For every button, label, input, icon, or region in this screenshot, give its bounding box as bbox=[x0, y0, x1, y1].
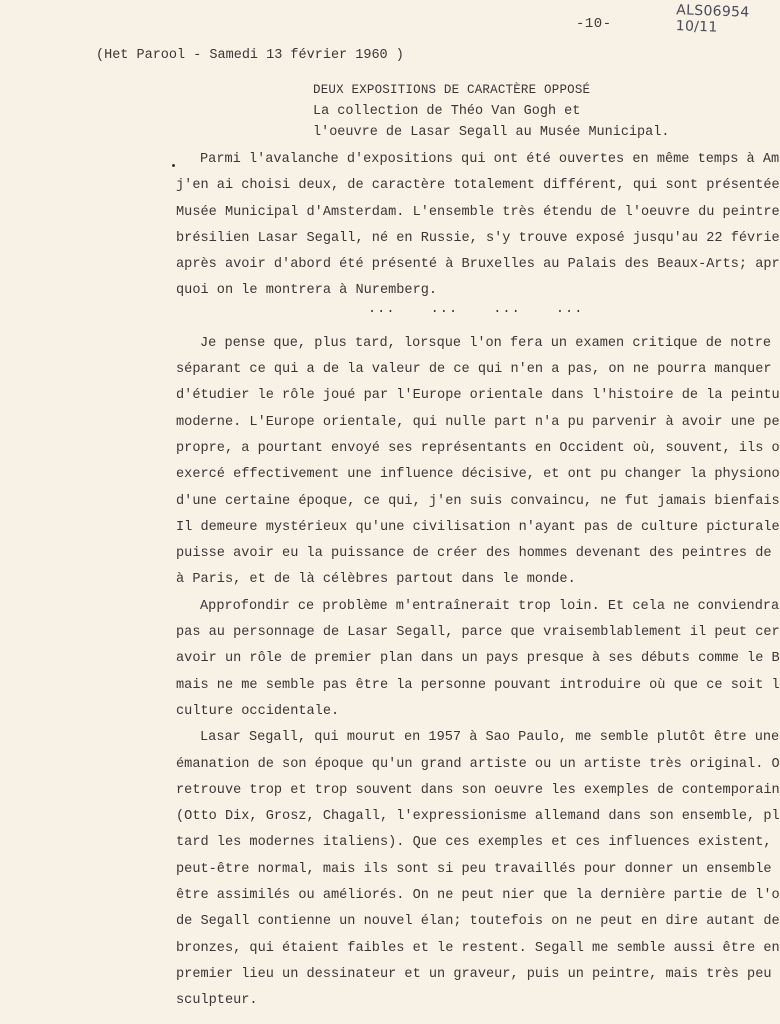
body-line: avoir un rôle de premier plan dans un pa… bbox=[176, 646, 780, 672]
article-heading: DEUX EXPOSITIONS DE CARACTÈRE OPPOSÉ bbox=[313, 80, 669, 101]
body-line: Il demeure mystérieux qu'une civilisatio… bbox=[176, 515, 780, 541]
body-line: propre, a pourtant envoyé ses représenta… bbox=[176, 436, 780, 462]
body-line: culture occidentale. bbox=[176, 699, 780, 725]
body-line: pas au personnage de Lasar Segall, parce… bbox=[176, 620, 780, 646]
body-line: bronzes, qui étaient faibles et le reste… bbox=[176, 936, 780, 962]
page-number: -10- bbox=[576, 16, 612, 32]
body-line: puisse avoir eu la puissance de créer de… bbox=[176, 541, 780, 567]
body-line: Parmi l'avalanche d'expositions qui ont … bbox=[176, 147, 780, 173]
body-line: séparant ce qui a de la valeur de ce qui… bbox=[176, 357, 780, 383]
body-line: de Segall contienne un nouvel élan; tout… bbox=[176, 909, 780, 935]
body-line: premier lieu un dessinateur et un graveu… bbox=[176, 962, 780, 988]
body-line: d'une certaine époque, ce qui, j'en suis… bbox=[176, 489, 780, 515]
body-line: retrouve trop et trop souvent dans son o… bbox=[176, 778, 780, 804]
body-line: après avoir d'abord été présenté à Bruxe… bbox=[176, 252, 780, 278]
body-line: (Otto Dix, Grosz, Chagall, l'expressioni… bbox=[176, 804, 780, 830]
body-line: Musée Municipal d'Amsterdam. L'ensemble … bbox=[176, 200, 780, 226]
article-body: Parmi l'avalanche d'expositions qui ont … bbox=[176, 147, 780, 1015]
body-line: brésilien Lasar Segall, né en Russie, s'… bbox=[176, 226, 780, 252]
body-line: j'en ai choisi deux, de caractère totale… bbox=[176, 173, 780, 199]
body-line: moderne. L'Europe orientale, qui nulle p… bbox=[176, 410, 780, 436]
body-line: émanation de son époque qu'un grand arti… bbox=[176, 752, 780, 778]
article-title-block: DEUX EXPOSITIONS DE CARACTÈRE OPPOSÉ La … bbox=[313, 80, 669, 143]
paragraph-1: Parmi l'avalanche d'expositions qui ont … bbox=[176, 147, 780, 305]
body-line: sculpteur. bbox=[176, 988, 780, 1014]
body-line: peut-être normal, mais ils sont si peu t… bbox=[176, 857, 780, 883]
body-line: Lasar Segall, qui mourut en 1957 à Sao P… bbox=[176, 725, 780, 751]
body-line: exercé effectivement une influence décis… bbox=[176, 462, 780, 488]
document-page: -10- ALS06954 10/11 (Het Parool - Samedi… bbox=[0, 0, 780, 1024]
archive-id-annotation: ALS06954 10/11 bbox=[675, 2, 780, 38]
article-subtitle-line-1: La collection de Théo Van Gogh et bbox=[313, 101, 669, 122]
body-line: mais ne me semble pas être la personne p… bbox=[176, 673, 780, 699]
paragraph-mark bbox=[172, 164, 175, 167]
source-citation: (Het Parool - Samedi 13 février 1960 ) bbox=[96, 48, 404, 63]
body-line: être assimilés ou améliorés. On ne peut … bbox=[176, 883, 780, 909]
body-line: Approfondir ce problème m'entraînerait t… bbox=[176, 594, 780, 620]
paragraph-2: Je pense que, plus tard, lorsque l'on fe… bbox=[176, 331, 780, 594]
body-line: Je pense que, plus tard, lorsque l'on fe… bbox=[176, 331, 780, 357]
paragraph-3: Approfondir ce problème m'entraînerait t… bbox=[176, 594, 780, 725]
body-line: quoi on le montrera à Nuremberg. bbox=[176, 278, 780, 304]
article-subtitle-line-2: l'oeuvre de Lasar Segall au Musée Munici… bbox=[313, 122, 669, 143]
paragraph-4: Lasar Segall, qui mourut en 1957 à Sao P… bbox=[176, 725, 780, 1014]
body-line: d'étudier le rôle joué par l'Europe orie… bbox=[176, 383, 780, 409]
body-line: tard les modernes italiens). Que ces exe… bbox=[176, 830, 780, 856]
section-separator: ... ... ... ... bbox=[176, 305, 780, 327]
body-line: à Paris, et de là célèbres partout dans … bbox=[176, 567, 780, 593]
